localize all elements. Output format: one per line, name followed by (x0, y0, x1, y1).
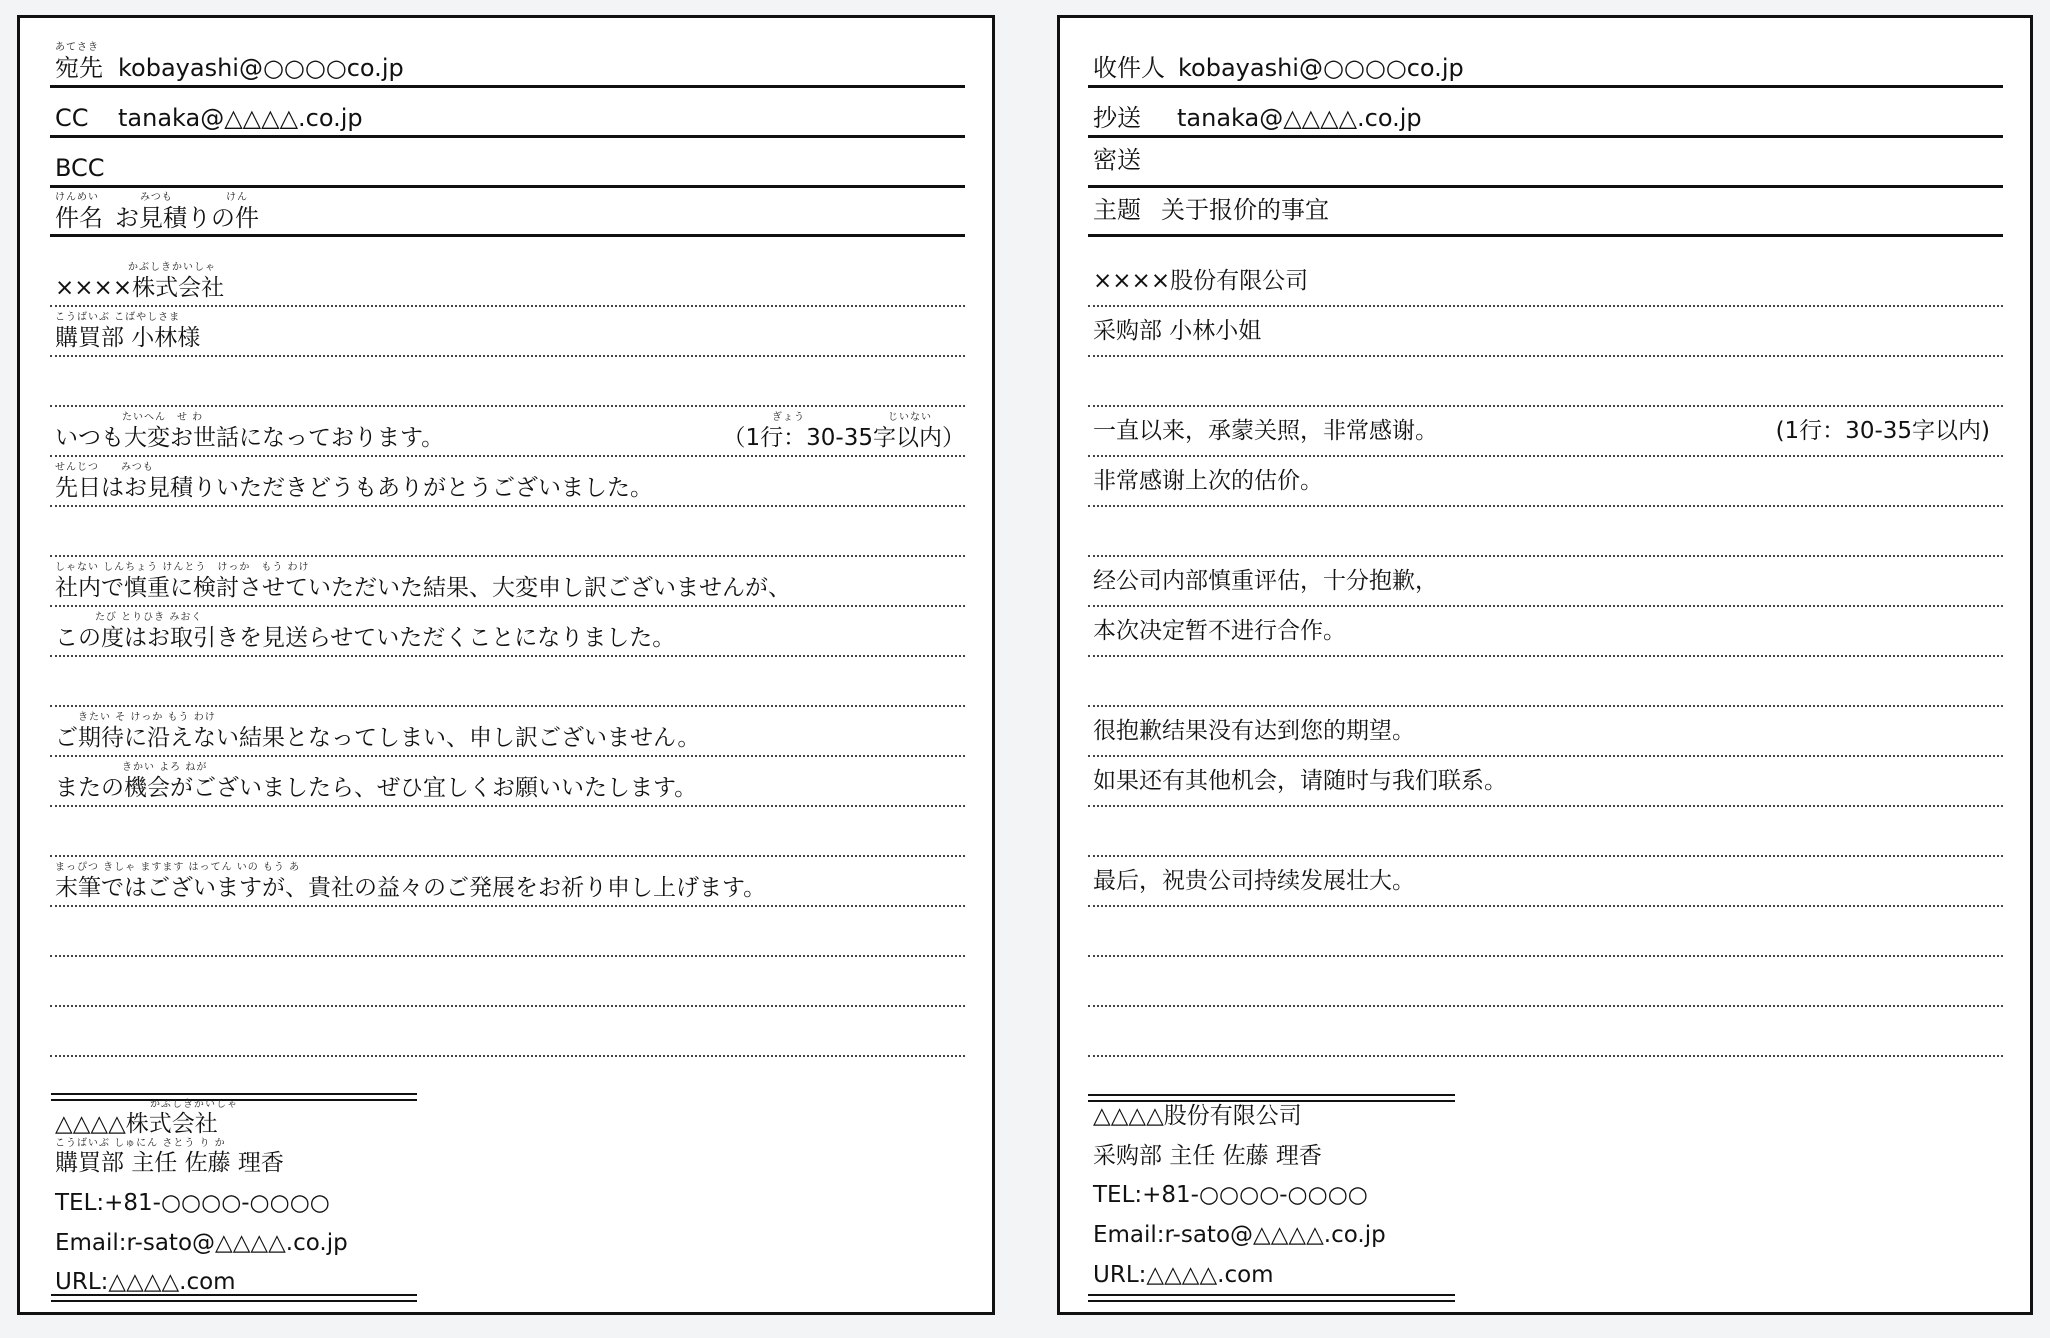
cc-label: 抄送 (1093, 104, 1141, 132)
to-label-ruby: あてさき (55, 42, 99, 54)
signature-person: 購買部 主任 佐藤 理香 (55, 1149, 284, 1177)
signature-bottom-rule (51, 1294, 417, 1302)
to-value: kobayashi@○○○○co.jp (1178, 54, 1464, 82)
body-rule (1088, 405, 2003, 407)
to-value: kobayashi@○○○○co.jp (118, 54, 404, 82)
body-rule (50, 555, 965, 557)
to-underline (50, 85, 965, 88)
body-rule (1088, 855, 2003, 857)
line-limit-note-ruby-1: ぎょう (772, 412, 805, 424)
body-rule (50, 705, 965, 707)
body-rule (1088, 455, 2003, 457)
bcc-label: BCC (55, 154, 105, 182)
body-line: 購買部 小林様 (55, 324, 200, 352)
body-rule (50, 855, 965, 857)
bcc-label: 密送 (1093, 146, 1141, 174)
body-rule (50, 905, 965, 907)
signature-top-rule (1088, 1094, 1455, 1102)
body-line: 如果还有其他机会，请随时与我们联系。 (1093, 767, 1507, 795)
signature-email: Email:r-sato@△△△△.co.jp (1093, 1221, 1386, 1249)
body-rule (1088, 655, 2003, 657)
to-underline (1088, 85, 2003, 88)
body-line: またの機会がございましたら、ぜひ宜しくお願いいたします。 (55, 774, 697, 802)
body-rule (50, 955, 965, 957)
signature-company: △△△△股份有限公司 (1093, 1102, 1302, 1130)
body-rule (50, 405, 965, 407)
body-rule (50, 1055, 965, 1057)
body-rule (1088, 605, 2003, 607)
body-rule (50, 305, 965, 307)
body-line: ××××股份有限公司 (1093, 267, 1308, 295)
line-limit-note: （1行：30-35字以内） (723, 424, 965, 452)
body-rule (50, 755, 965, 757)
line-limit-note-ruby-2: じいない (888, 412, 932, 424)
subject-value-ruby-2: けん (226, 192, 248, 204)
cc-label: CC (55, 104, 89, 132)
body-rule (50, 355, 965, 357)
body-line: この度はお取引きを見送らせていただくことになりました。 (55, 624, 675, 652)
body-rule (50, 605, 965, 607)
body-line: 采购部 小林小姐 (1093, 317, 1261, 345)
body-line-ruby: たいへん せ わ (122, 412, 203, 424)
body-rule (50, 805, 965, 807)
body-line: ご期待に沿えない結果となってしまい、申し訳ございません。 (55, 724, 700, 752)
signature-url: URL:△△△△.com (55, 1268, 236, 1296)
body-line: ××××株式会社 (55, 274, 224, 302)
subject-underline (50, 234, 965, 237)
body-line: 本次决定暂不进行合作。 (1093, 617, 1346, 645)
bcc-underline (1088, 185, 2003, 188)
body-line: いつも大変お世話になっております。 (55, 424, 444, 452)
body-line: 很抱歉结果没有达到您的期望。 (1093, 717, 1415, 745)
body-rule (1088, 905, 2003, 907)
body-line: 最后，祝贵公司持续发展壮大。 (1093, 867, 1415, 895)
body-line: 一直以来，承蒙关照，非常感谢。 (1093, 417, 1438, 445)
body-line-ruby: せんじつ みつも (55, 462, 154, 474)
signature-person: 采购部 主任 佐藤 理香 (1093, 1142, 1322, 1170)
body-rule (1088, 1005, 2003, 1007)
body-rule (1088, 305, 2003, 307)
cc-value: tanaka@△△△△.co.jp (118, 104, 363, 132)
body-line-ruby: まっぴつ きしゃ ますます はってん いの もう あ (55, 862, 300, 874)
signature-url: URL:△△△△.com (1093, 1261, 1274, 1289)
subject-label: 件名 (55, 204, 103, 232)
body-line: 先日はお見積りいただきどうもありがとうございました。 (55, 474, 653, 502)
subject-underline (1088, 234, 2003, 237)
body-rule (1088, 1055, 2003, 1057)
body-rule (50, 655, 965, 657)
signature-tel: TEL:+81-○○○○-○○○○ (1093, 1181, 1368, 1209)
body-rule (1088, 705, 2003, 707)
signature-bottom-rule (1088, 1294, 1455, 1302)
subject-value: お見積りの件 (115, 204, 259, 232)
body-line-ruby: こうばいぶ こばやしさま (55, 312, 180, 324)
body-rule (1088, 755, 2003, 757)
cc-value: tanaka@△△△△.co.jp (1177, 104, 1422, 132)
to-label: 宛先 (55, 54, 103, 82)
subject-label-ruby: けんめい (55, 192, 99, 204)
subject-label: 主题 (1093, 196, 1141, 224)
body-line: 社内で慎重に検討させていただいた結果、大変申し訳ございませんが、 (55, 574, 791, 602)
signature-company: △△△△株式会社 (55, 1110, 218, 1138)
body-line: 末筆ではございますが、貴社の益々のご発展をお祈り申し上げます。 (55, 874, 766, 902)
body-rule (50, 1005, 965, 1007)
body-rule (50, 455, 965, 457)
bcc-underline (50, 185, 965, 188)
body-rule (1088, 955, 2003, 957)
signature-tel: TEL:+81-○○○○-○○○○ (55, 1189, 330, 1217)
body-line-ruby: きかい よろ ねが (122, 762, 207, 774)
signature-email: Email:r-sato@△△△△.co.jp (55, 1229, 348, 1257)
cc-underline (1088, 135, 2003, 138)
body-line: 非常感谢上次的估价。 (1093, 467, 1323, 495)
body-rule (1088, 805, 2003, 807)
subject-value: 关于报价的事宜 (1161, 196, 1329, 224)
body-line-ruby: たび とりひき みおく (95, 612, 202, 624)
body-rule (1088, 555, 2003, 557)
body-line-ruby: きたい そ けっか もう わけ (78, 712, 216, 724)
line-limit-note: (1行：30-35字以内) (1776, 417, 1990, 445)
to-label: 收件人 (1093, 54, 1165, 82)
body-rule (1088, 355, 2003, 357)
body-line-ruby: かぶしきかいしゃ (128, 262, 216, 274)
body-rule (1088, 505, 2003, 507)
subject-value-ruby-1: みつも (140, 192, 173, 204)
body-line: 经公司内部慎重评估，十分抱歉， (1093, 567, 1438, 595)
body-rule (50, 505, 965, 507)
body-line-ruby: しゃない しんちょう けんとう けっか もう わけ (55, 562, 310, 574)
cc-underline (50, 135, 965, 138)
